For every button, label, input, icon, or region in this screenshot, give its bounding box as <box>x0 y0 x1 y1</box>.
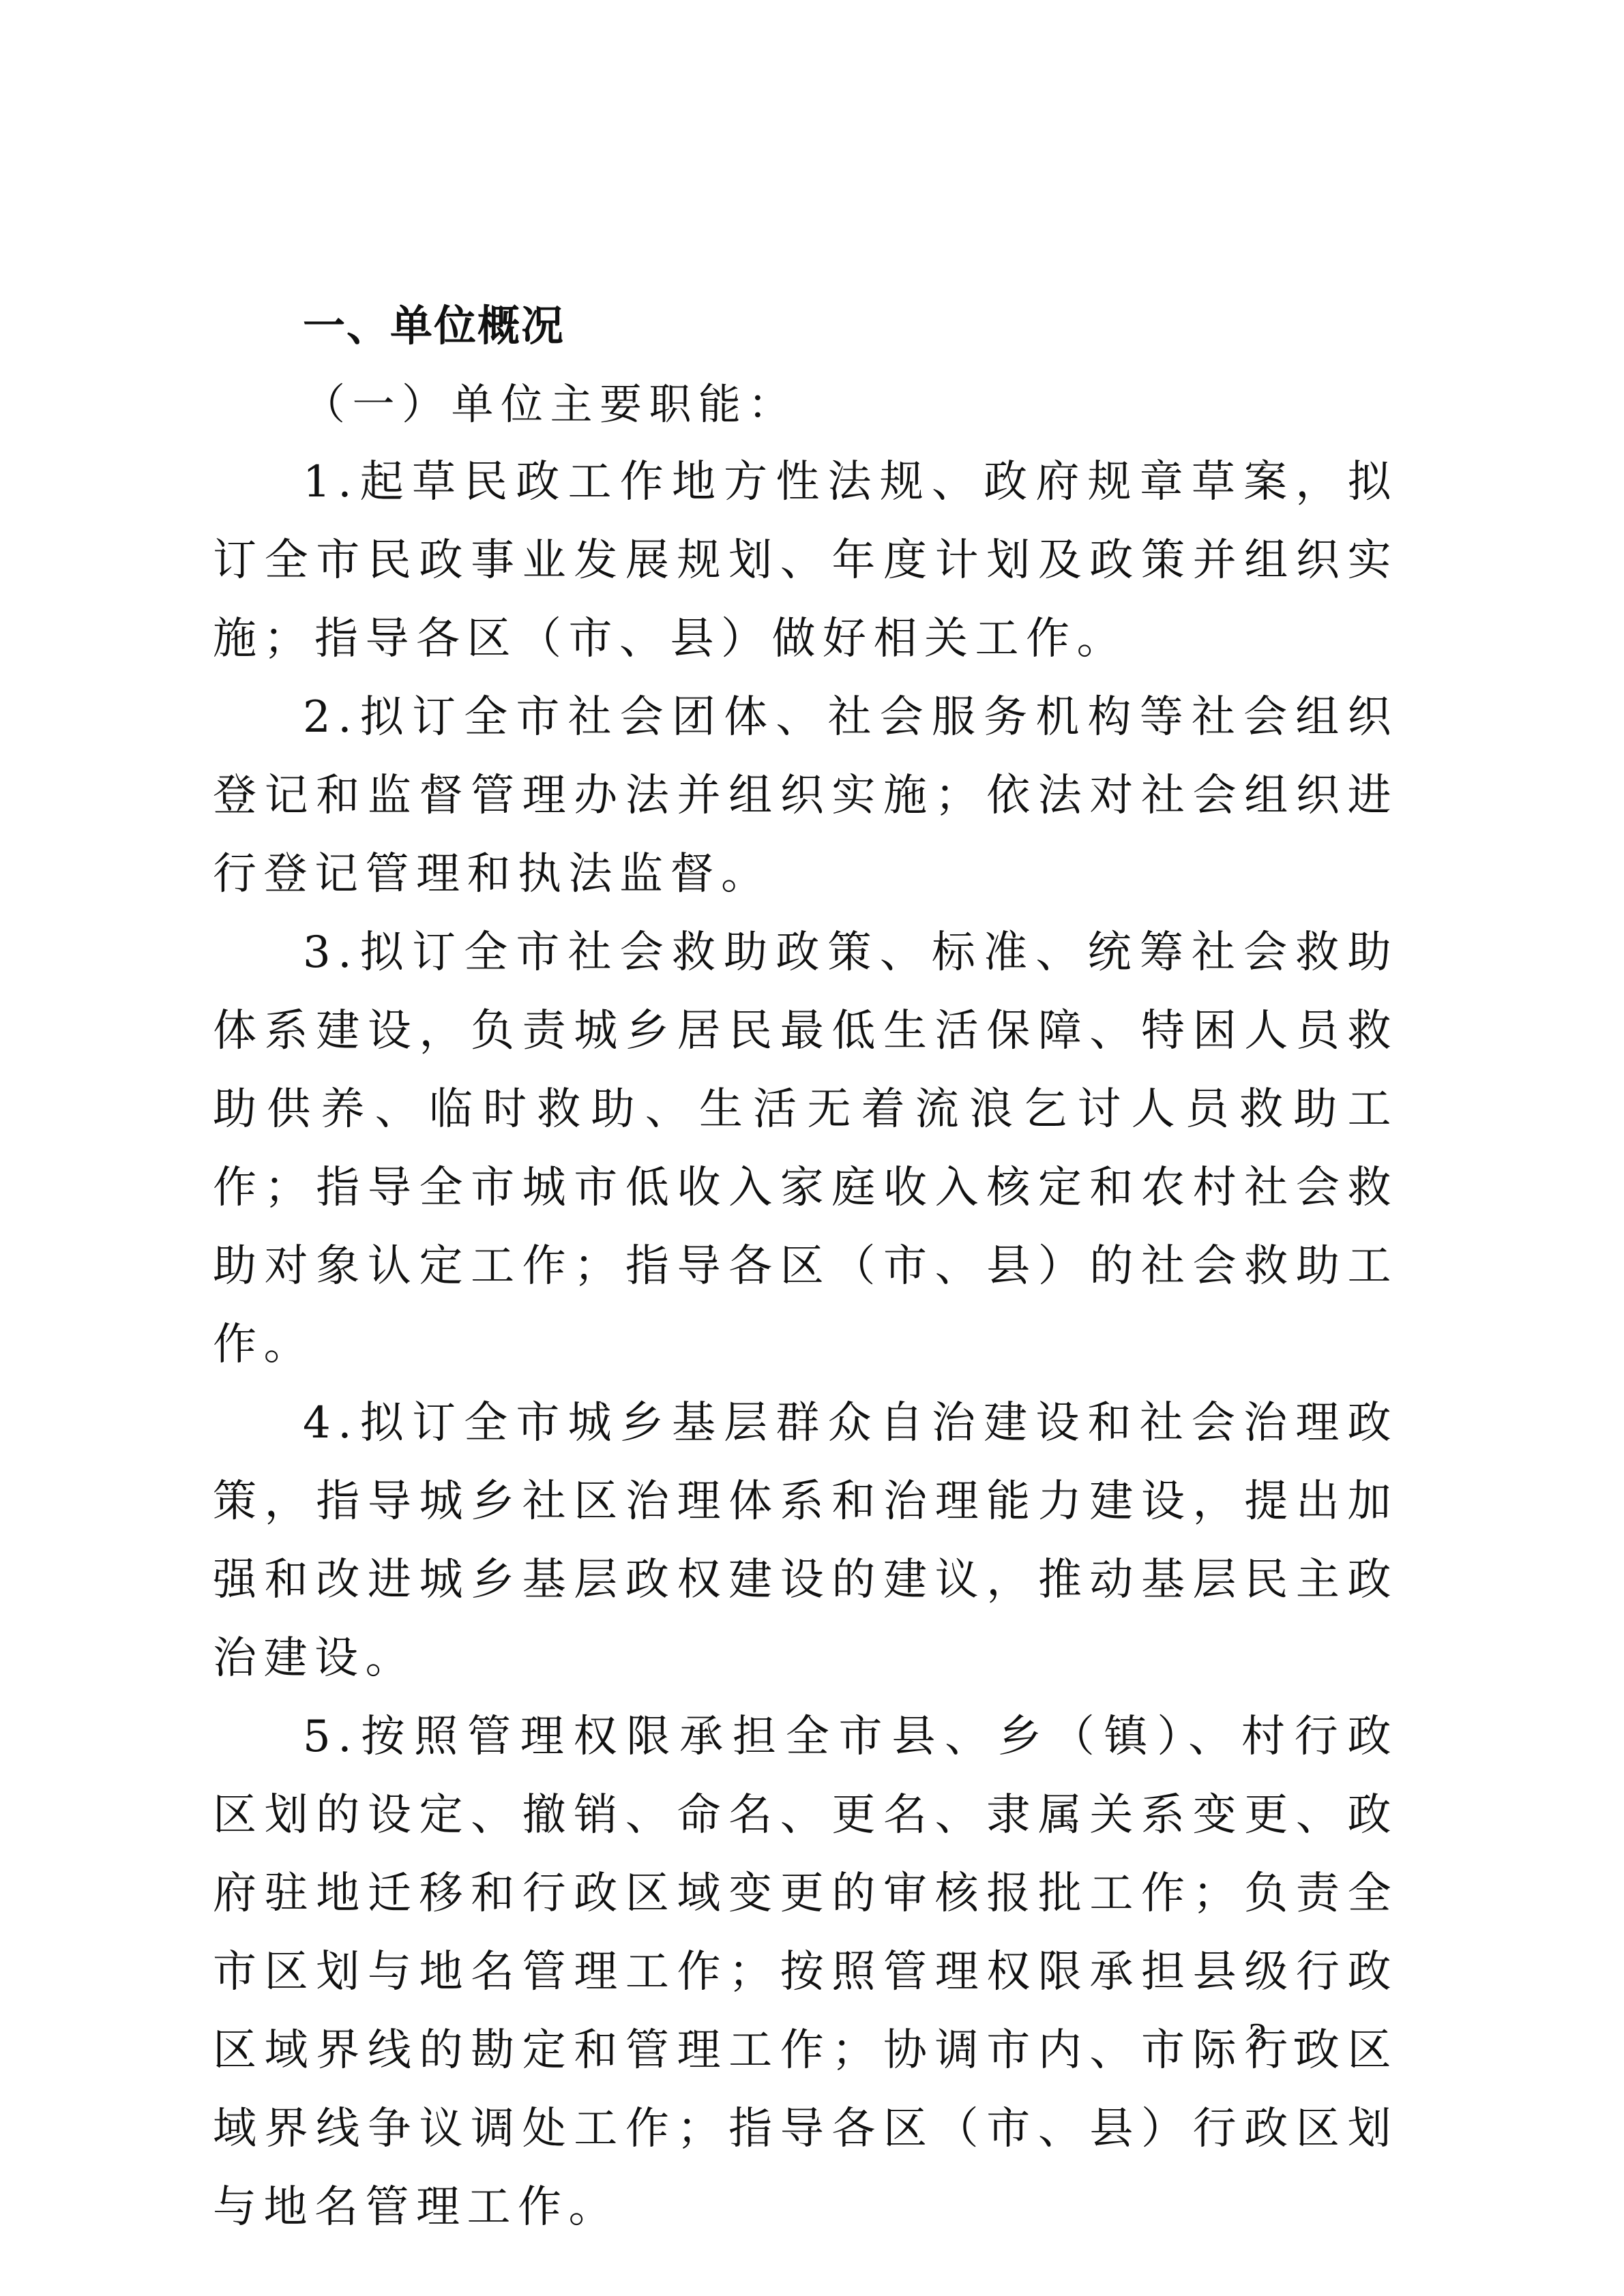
page-number: - 3 - <box>1200 2015 1323 2059</box>
section-heading: 一、单位概况 <box>213 286 1398 365</box>
paragraph-5: 5.按照管理权限承担全市县、乡（镇）、村行政区划的设定、撤销、命名、更名、隶属关… <box>213 1698 1398 2247</box>
subsection-heading: （一）单位主要职能： <box>213 365 1398 443</box>
paragraph-3: 3.拟订全市社会救助政策、标准、统筹社会救助体系建设，负责城乡居民最低生活保障、… <box>213 914 1398 1384</box>
paragraph-4: 4.拟订全市城乡基层群众自治建设和社会治理政策，指导城乡社区治理体系和治理能力建… <box>213 1384 1398 1698</box>
document-page: 一、单位概况 （一）单位主要职能： 1.起草民政工作地方性法规、政府规章草案，拟… <box>213 286 1398 2247</box>
paragraph-2: 2.拟订全市社会团体、社会服务机构等社会组织登记和监督管理办法并组织实施；依法对… <box>213 679 1398 914</box>
paragraph-1: 1.起草民政工作地方性法规、政府规章草案，拟订全市民政事业发展规划、年度计划及政… <box>213 443 1398 679</box>
